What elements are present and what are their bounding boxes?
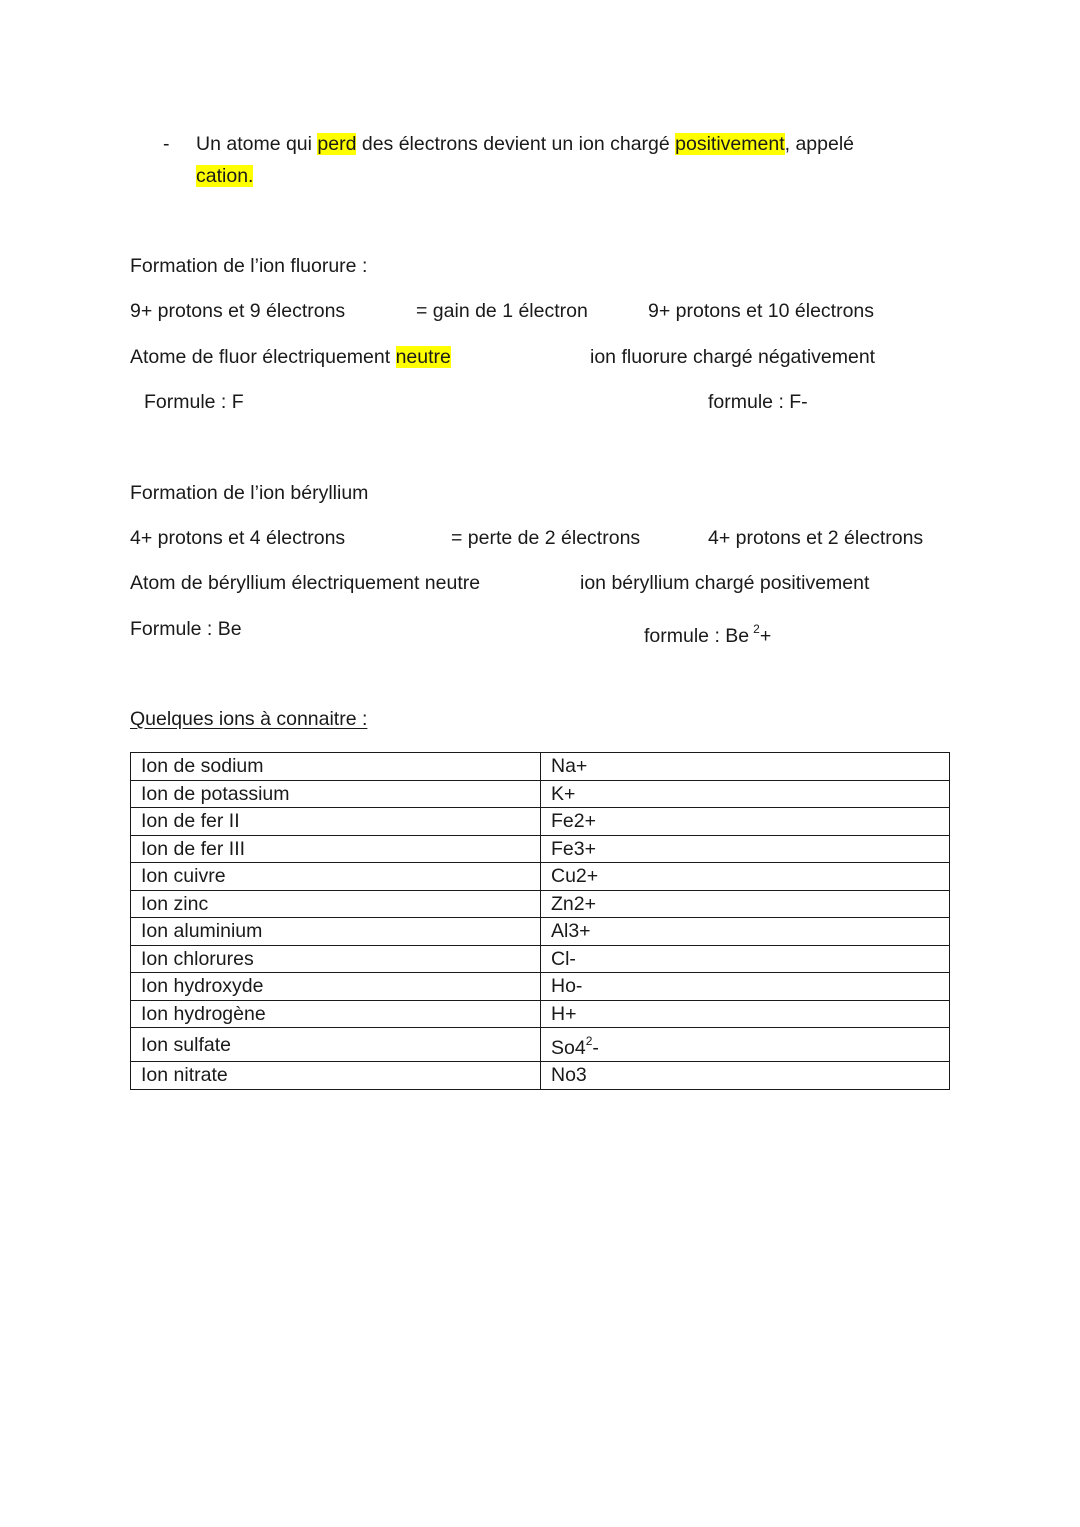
ion-formula-cell: Fe3+ bbox=[541, 835, 950, 863]
ion-name-cell: Ion de fer III bbox=[131, 835, 541, 863]
table-row: Ion cuivreCu2+ bbox=[131, 863, 950, 891]
ions-table-heading: Quelques ions à connaitre : bbox=[130, 707, 367, 731]
ion-formula-cell: Zn2+ bbox=[541, 890, 950, 918]
highlight-perd: perd bbox=[317, 133, 356, 155]
table-row: Ion chloruresCl- bbox=[131, 945, 950, 973]
beryllium-ion-composition: 4+ protons et 2 électrons bbox=[708, 526, 923, 550]
beryllium-atom-charge: Atom de béryllium électriquement neutre bbox=[130, 571, 480, 595]
text: So4 bbox=[551, 1037, 586, 1059]
table-row: Ion sulfateSo42- bbox=[131, 1028, 950, 1062]
table-row: Ion de fer IIIFe3+ bbox=[131, 835, 950, 863]
ion-formula-cell: No3 bbox=[541, 1062, 950, 1090]
fluor-atom-formula: Formule : F bbox=[144, 390, 244, 414]
fluor-ion-charge: ion fluorure chargé négativement bbox=[590, 345, 875, 369]
ion-name-cell: Ion de sodium bbox=[131, 753, 541, 781]
bullet-line-1: Un atome qui perd des électrons devient … bbox=[196, 132, 854, 156]
text: - bbox=[592, 1037, 599, 1059]
highlight-neutre: neutre bbox=[396, 346, 451, 368]
bullet-marker: - bbox=[163, 132, 170, 156]
ion-name-cell: Ion zinc bbox=[131, 890, 541, 918]
table-row: Ion de potassiumK+ bbox=[131, 780, 950, 808]
ion-formula-cell: So42- bbox=[541, 1028, 950, 1062]
fluor-atom-composition: 9+ protons et 9 électrons bbox=[130, 299, 345, 323]
text: Atome de fluor électriquement bbox=[130, 346, 396, 368]
superscript: 2 bbox=[753, 622, 760, 636]
ion-name-cell: Ion nitrate bbox=[131, 1062, 541, 1090]
table-row: Ion hydrogèneH+ bbox=[131, 1000, 950, 1028]
highlight-cation: cation. bbox=[196, 165, 253, 187]
highlight-positivement: positivement bbox=[675, 133, 784, 155]
ion-name-cell: Ion de potassium bbox=[131, 780, 541, 808]
ion-formula-cell: Na+ bbox=[541, 753, 950, 781]
bullet-line-2: cation. bbox=[196, 164, 253, 188]
ion-name-cell: Ion chlorures bbox=[131, 945, 541, 973]
ion-name-cell: Ion hydroxyde bbox=[131, 973, 541, 1001]
table-row: Ion aluminiumAl3+ bbox=[131, 918, 950, 946]
beryllium-ion-formula: formule : Be2+ bbox=[644, 617, 771, 648]
fluor-ion-composition: 9+ protons et 10 électrons bbox=[648, 299, 874, 323]
ion-name-cell: Ion hydrogène bbox=[131, 1000, 541, 1028]
ion-name-cell: Ion aluminium bbox=[131, 918, 541, 946]
ion-formula-cell: Al3+ bbox=[541, 918, 950, 946]
text: formule : Be bbox=[644, 625, 749, 647]
table-row: Ion zincZn2+ bbox=[131, 890, 950, 918]
table-row: Ion de sodiumNa+ bbox=[131, 753, 950, 781]
fluor-transformation: = gain de 1 électron bbox=[416, 299, 588, 323]
text: + bbox=[760, 625, 771, 647]
text: Un atome qui bbox=[196, 133, 317, 155]
ion-formula-cell: H+ bbox=[541, 1000, 950, 1028]
table-row: Ion nitrateNo3 bbox=[131, 1062, 950, 1090]
ion-formula-cell: Fe2+ bbox=[541, 808, 950, 836]
section-heading: Formation de l’ion béryllium bbox=[130, 481, 368, 505]
ion-formula-cell: Cl- bbox=[541, 945, 950, 973]
section-heading: Formation de l’ion fluorure : bbox=[130, 254, 367, 278]
ion-name-cell: Ion cuivre bbox=[131, 863, 541, 891]
beryllium-ion-charge: ion béryllium chargé positivement bbox=[580, 571, 869, 595]
ion-formula-cell: Cu2+ bbox=[541, 863, 950, 891]
ion-name-cell: Ion sulfate bbox=[131, 1028, 541, 1062]
ion-formula-cell: Ho- bbox=[541, 973, 950, 1001]
beryllium-atom-formula: Formule : Be bbox=[130, 617, 242, 641]
table-row: Ion de fer IIFe2+ bbox=[131, 808, 950, 836]
ion-name-cell: Ion de fer II bbox=[131, 808, 541, 836]
ions-table: Ion de sodiumNa+Ion de potassiumK+Ion de… bbox=[130, 752, 950, 1090]
fluor-atom-charge: Atome de fluor électriquement neutre bbox=[130, 345, 451, 369]
table-row: Ion hydroxydeHo- bbox=[131, 973, 950, 1001]
text: des électrons devient un ion chargé bbox=[356, 133, 675, 155]
fluor-ion-formula: formule : F- bbox=[708, 390, 808, 414]
beryllium-transformation: = perte de 2 électrons bbox=[451, 526, 640, 550]
ion-formula-cell: K+ bbox=[541, 780, 950, 808]
beryllium-atom-composition: 4+ protons et 4 électrons bbox=[130, 526, 345, 550]
text: , appelé bbox=[785, 133, 854, 155]
